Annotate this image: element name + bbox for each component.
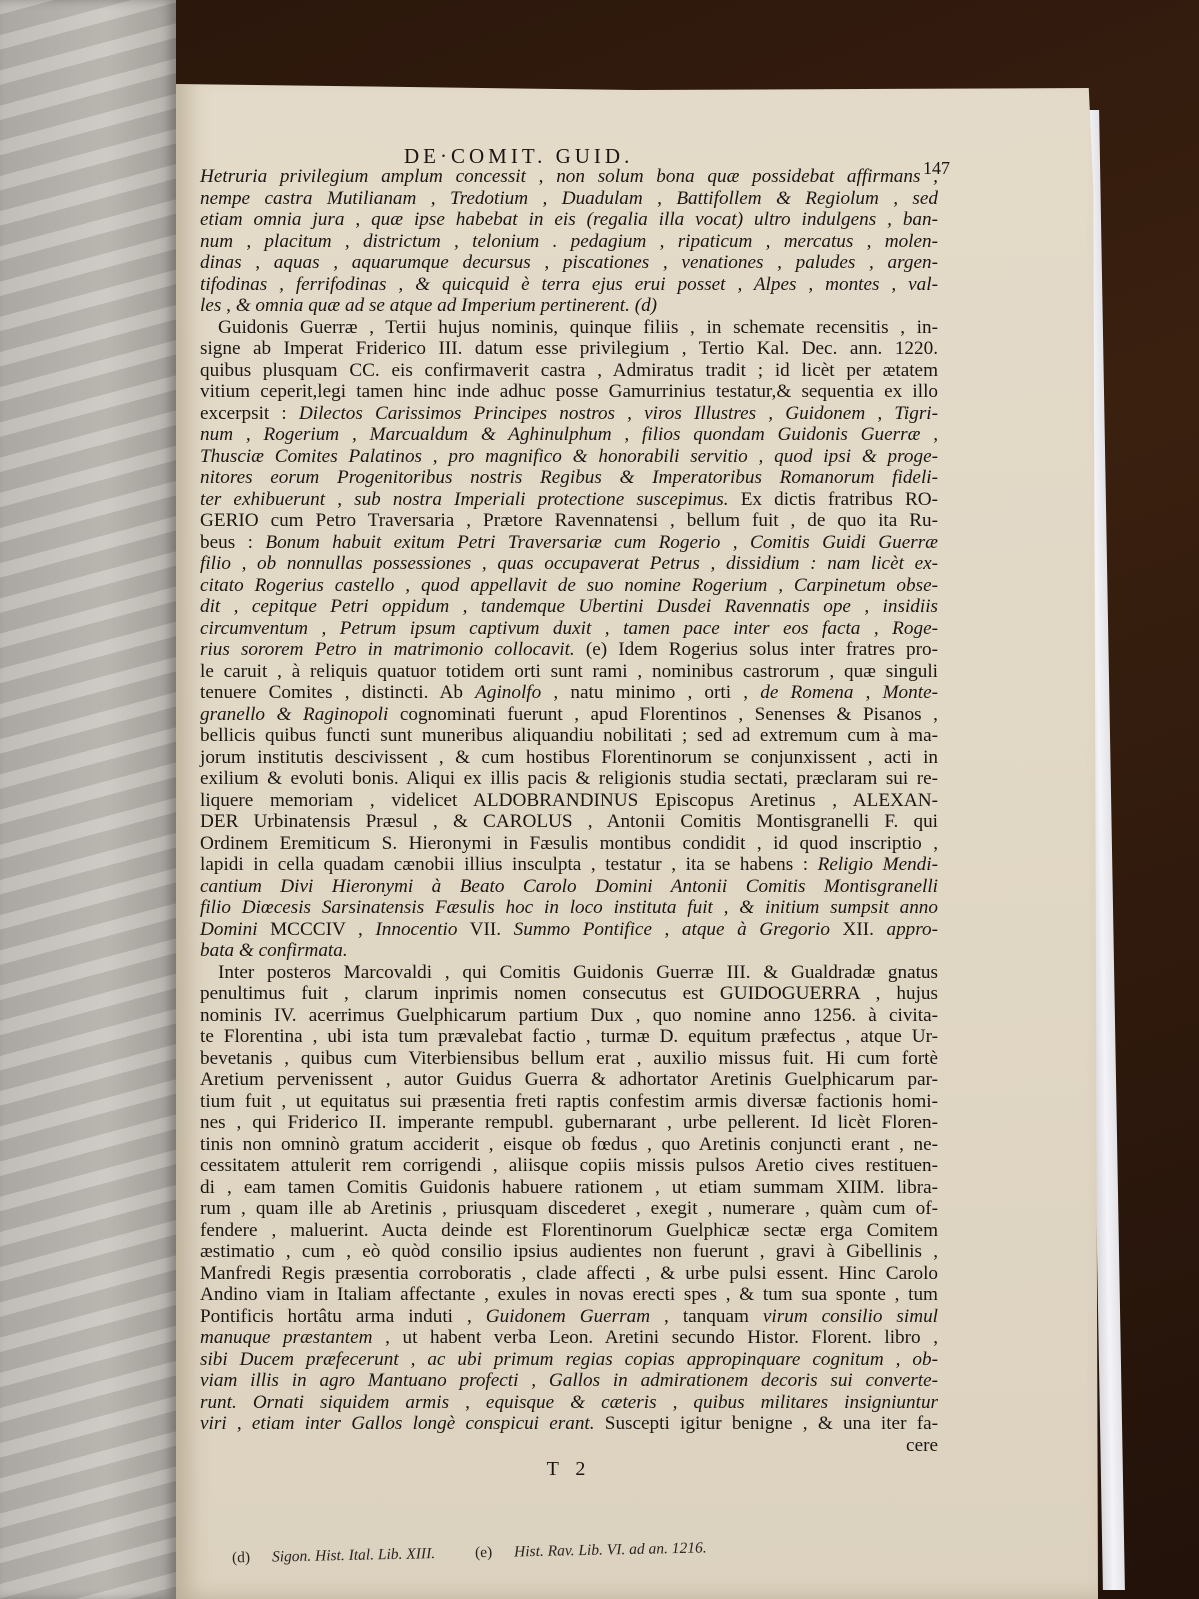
roman-run: Ex dictis fratribus RO- xyxy=(729,489,938,510)
text-line: excerpsit : Dilectos Carissimos Principe… xyxy=(200,403,938,425)
roman-run: jorum institutis descivissent , & cum ho… xyxy=(200,747,938,768)
roman-run: Aretium pervenissent , autor Guidus Guer… xyxy=(200,1069,938,1090)
text-line: tifodinas , ferrifodinas , & quicquid è … xyxy=(200,274,938,296)
roman-run: Suscepti igitur benigne , & una iter fa- xyxy=(595,1413,938,1434)
text-line: nes , qui Friderico II. imperante rempub… xyxy=(200,1112,938,1134)
italic-run: Thusciæ Comites Palatinos , pro magnific… xyxy=(200,446,938,467)
roman-run: le caruit , à reliquis quatuor totidem o… xyxy=(200,661,938,682)
italic-run: Hetruria privilegium amplum concessit xyxy=(200,166,526,187)
text-line: rius sororem Petro in matrimonio colloca… xyxy=(200,639,938,661)
roman-run: (e) Idem Rogerius solus inter fratres pr… xyxy=(575,639,938,660)
roman-run: , tanquam xyxy=(650,1306,763,1327)
footnote-text: Sigon. Hist. Ital. Lib. XIII. xyxy=(272,1545,436,1565)
italic-run: Dilectos Carissimos Principes nostros , … xyxy=(299,403,938,424)
page-number: 147 xyxy=(923,158,950,179)
text-line: tinis non omninò gratum acciderit , eisq… xyxy=(200,1134,938,1156)
italic-run: viri , etiam inter Gallos longè conspicu… xyxy=(200,1413,595,1434)
roman-run: Andino viam in Italiam affectante , exul… xyxy=(200,1284,938,1305)
roman-run: fendere , maluerint. Aucta deinde est Fl… xyxy=(200,1220,938,1241)
roman-run: , xyxy=(853,682,882,703)
body-text: Hetruria privilegium amplum concessit , … xyxy=(200,166,938,1435)
italic-run: Bonum habuit exitum Petri Traversariæ cu… xyxy=(265,532,938,553)
text-line: cessitatem attulerit rem corrigendi , al… xyxy=(200,1155,938,1177)
roman-run: GERIO cum Petro Traversaria , Prætore Ra… xyxy=(200,510,938,531)
roman-run: cessitatem attulerit rem corrigendi , al… xyxy=(200,1155,938,1176)
text-line: di , eam tamen Comitis Guidonis habuere … xyxy=(200,1177,938,1199)
italic-run: sibi Ducem præfecerunt , ac ubi primum r… xyxy=(200,1349,938,1370)
italic-run: Aginolfo xyxy=(475,682,541,703)
text-line: Inter posteros Marcovaldi , qui Comitis … xyxy=(200,962,938,984)
text-line: filio , ob nonnullas possessiones , quas… xyxy=(200,553,938,575)
running-head: DE·COMIT. GUID. 147 xyxy=(200,144,938,166)
roman-run: , ut habent verba Leon. Aretini secundo … xyxy=(373,1327,939,1348)
roman-run: vitium ceperit,legi tamen hinc inde adhu… xyxy=(200,381,938,402)
italic-run: viam illis in agro Mantuano profecti , G… xyxy=(200,1370,938,1391)
text-line: Manfredi Regis præsentia corroboratis , … xyxy=(200,1263,938,1285)
italic-run: Summo Pontifice xyxy=(514,919,652,940)
text-line: bata & confirmata. xyxy=(200,940,938,962)
text-line: quibus plusquam CC. eis confirmaverit ca… xyxy=(200,360,938,382)
text-line: granello & Raginopoli cognominati fuerun… xyxy=(200,704,938,726)
text-line: num , placitum , districtum , telonium .… xyxy=(200,231,938,253)
italic-run: nitores eorum Progenitoribus nostris Reg… xyxy=(200,467,938,488)
text-line: manuque præstantem , ut habent verba Leo… xyxy=(200,1327,938,1349)
roman-run: DER Urbinatensis Præsul , & CAROLUS , An… xyxy=(200,811,938,832)
text-line: Guidonis Guerræ , Tertii hujus nominis, … xyxy=(200,317,938,339)
roman-run: VII. xyxy=(457,919,513,940)
text-line: exilium & evoluti bonis. Aliqui ex illis… xyxy=(200,768,938,790)
text-line: le caruit , à reliquis quatuor totidem o… xyxy=(200,661,938,683)
roman-run: bevetanis , quibus cum Viterbiensibus be… xyxy=(200,1048,938,1069)
italic-run: circumventum , Petrum ipsum captivum dux… xyxy=(200,618,938,639)
roman-run: cognominati fuerunt , apud Florentinos ,… xyxy=(388,704,938,725)
text-line: te Florentina , ubi ista tum prævalebat … xyxy=(200,1026,938,1048)
italic-run: Monte- xyxy=(883,682,938,703)
text-line: runt. Ornati siquidem armis , equisque &… xyxy=(200,1392,938,1414)
text-line: filio Diœcesis Sarsinatensis Fæsulis hoc… xyxy=(200,897,938,919)
roman-run: Ordinem Eremiticum S. Hieronymi in Fæsul… xyxy=(200,833,938,854)
roman-run: penultimus fuit , clarum inprimis nomen … xyxy=(200,983,938,1004)
roman-run: di , eam tamen Comitis Guidonis habuere … xyxy=(200,1177,938,1198)
text-line: viam illis in agro Mantuano profecti , G… xyxy=(200,1370,938,1392)
italic-run: rius sororem Petro in matrimonio colloca… xyxy=(200,639,575,660)
italic-run: Guidonem Guerram xyxy=(486,1306,650,1327)
footnote-mark: (e) xyxy=(475,1544,493,1561)
text-line: dinas , aquas , aquarumque decursus , pi… xyxy=(200,252,938,274)
italic-run: manuque præstantem xyxy=(200,1327,373,1348)
roman-run: bellicis quibus functi sunt muneribus al… xyxy=(200,725,938,746)
text-line: æstimatio , cum , eò quòd consilio ipsiu… xyxy=(200,1241,938,1263)
roman-run: tium fuit , ut equitatus sui præsentia f… xyxy=(200,1091,938,1112)
text-line: penultimus fuit , clarum inprimis nomen … xyxy=(200,983,938,1005)
italic-run: runt. Ornati siquidem armis , equisque &… xyxy=(200,1392,938,1413)
italic-run: num , placitum , districtum , telonium .… xyxy=(200,231,938,252)
signature-mark: T 2 xyxy=(200,1458,938,1481)
footnote-mark: (d) xyxy=(232,1549,250,1566)
text-line: bevetanis , quibus cum Viterbiensibus be… xyxy=(200,1048,938,1070)
roman-run: liquere memoriam , videlicet ALDOBRANDIN… xyxy=(200,790,938,811)
italic-run: Innocentio xyxy=(375,919,457,940)
roman-run: quibus plusquam CC. eis confirmaverit ca… xyxy=(200,360,938,381)
italic-run: les , & omnia quæ ad se atque ad Imperiu… xyxy=(200,295,657,316)
text-line: Andino viam in Italiam affectante , exul… xyxy=(200,1284,938,1306)
italic-run: atque à Gregorio xyxy=(682,919,830,940)
italic-run: citato Rogerius castello , quod appellav… xyxy=(200,575,938,596)
text-line: citato Rogerius castello , quod appellav… xyxy=(200,575,938,597)
text-line: fendere , maluerint. Aucta deinde est Fl… xyxy=(200,1220,938,1242)
italic-run: appro- xyxy=(886,919,938,940)
roman-run: XII. xyxy=(830,919,887,940)
footnote-d: (d) Sigon. Hist. Ital. Lib. XIII. xyxy=(232,1545,457,1567)
text-line: sibi Ducem præfecerunt , ac ubi primum r… xyxy=(200,1349,938,1371)
roman-run: , natu minimo , orti , xyxy=(541,682,760,703)
footnote-text: Hist. Rav. Lib. VI. ad an. 1216. xyxy=(514,1539,707,1560)
text-line: Hetruria privilegium amplum concessit , … xyxy=(200,166,938,188)
text-line: bellicis quibus functi sunt muneribus al… xyxy=(200,725,938,747)
roman-run: beus : xyxy=(200,532,265,553)
text-line: nitores eorum Progenitoribus nostris Reg… xyxy=(200,467,938,489)
roman-run: rum , quam ille ab Aretinis , priusquam … xyxy=(200,1198,938,1219)
text-line: tium fuit , ut equitatus sui præsentia f… xyxy=(200,1091,938,1113)
text-line: signe ab Imperat Friderico III. datum es… xyxy=(200,338,938,360)
text-line: les , & omnia quæ ad se atque ad Imperiu… xyxy=(200,295,938,317)
text-line: Domini MCCCIV , Innocentio VII. Summo Po… xyxy=(200,919,938,941)
text-line: DER Urbinatensis Præsul , & CAROLUS , An… xyxy=(200,811,938,833)
roman-run: lapidi in cella quadam cænobii illius in… xyxy=(200,854,818,875)
text-line: liquere memoriam , videlicet ALDOBRANDIN… xyxy=(200,790,938,812)
text-line: viri , etiam inter Gallos longè conspicu… xyxy=(200,1413,938,1435)
text-line: rum , quam ille ab Aretinis , priusquam … xyxy=(200,1198,938,1220)
text-line: lapidi in cella quadam cænobii illius in… xyxy=(200,854,938,876)
italic-run: num , Rogerium , Marcualdum & Aghinulphu… xyxy=(200,424,938,445)
text-line: circumventum , Petrum ipsum captivum dux… xyxy=(200,618,938,640)
italic-run: non solum bona quæ possidebat affirmans … xyxy=(556,166,938,187)
italic-run: filio , ob nonnullas possessiones , quas… xyxy=(200,553,938,574)
text-line: Ordinem Eremiticum S. Hieronymi in Fæsul… xyxy=(200,833,938,855)
roman-run: exilium & evoluti bonis. Aliqui ex illis… xyxy=(200,768,938,789)
roman-run: Guidonis Guerræ , Tertii hujus nominis, … xyxy=(218,317,938,338)
roman-run: tinis non omninò gratum acciderit , eisq… xyxy=(200,1134,938,1155)
text-line: tenuere Comites , distincti. Ab Aginolfo… xyxy=(200,682,938,704)
italic-run: granello & Raginopoli xyxy=(200,704,388,725)
roman-run: signe ab Imperat Friderico III. datum es… xyxy=(200,338,938,359)
text-line: Thusciæ Comites Palatinos , pro magnific… xyxy=(200,446,938,468)
text-line: cantium Divi Hieronymi à Beato Carolo Do… xyxy=(200,876,938,898)
facing-page-blank xyxy=(0,0,176,1599)
italic-run: ter exhibuerunt , sub nostra Imperiali p… xyxy=(200,489,729,510)
text-line: beus : Bonum habuit exitum Petri Travers… xyxy=(200,532,938,554)
italic-run: Religio Mendi- xyxy=(818,854,938,875)
italic-run: Domini xyxy=(200,919,258,940)
italic-run: tifodinas , ferrifodinas , & quicquid è … xyxy=(200,274,938,295)
roman-run: Inter posteros Marcovaldi , qui Comitis … xyxy=(218,962,938,983)
italic-run: filio Diœcesis Sarsinatensis Fæsulis hoc… xyxy=(200,897,938,918)
catchword: cere xyxy=(200,1435,938,1457)
italic-run: cantium Divi Hieronymi à Beato Carolo Do… xyxy=(200,876,938,897)
roman-run: MCCCIV , xyxy=(258,919,376,940)
roman-run: nes , qui Friderico II. imperante rempub… xyxy=(200,1112,938,1133)
text-line: nominis IV. acerrimus Guelphicarum parti… xyxy=(200,1005,938,1027)
roman-run: tenuere Comites , distincti. Ab xyxy=(200,682,475,703)
roman-run: te Florentina , ubi ista tum prævalebat … xyxy=(200,1026,938,1047)
roman-run: , xyxy=(652,919,682,940)
text-line: nempe castra Mutilianam , Tredotium , Du… xyxy=(200,188,938,210)
italic-run: nempe castra Mutilianam , Tredotium , Du… xyxy=(200,188,938,209)
roman-run: Pontificis hortâtu arma induti , xyxy=(200,1306,486,1327)
roman-run: , xyxy=(526,166,556,187)
text-line: dit , cepitque Petri oppidum , tandemque… xyxy=(200,596,938,618)
text-line: Aretium pervenissent , autor Guidus Guer… xyxy=(200,1069,938,1091)
italic-run: dit , cepitque Petri oppidum , tandemque… xyxy=(200,596,938,617)
running-head-title: DE·COMIT. GUID. xyxy=(404,144,633,169)
roman-run: nominis IV. acerrimus Guelphicarum parti… xyxy=(200,1005,938,1026)
italic-run: dinas , aquas , aquarumque decursus , pi… xyxy=(200,252,938,273)
text-line: Pontificis hortâtu arma induti , Guidone… xyxy=(200,1306,938,1328)
roman-run: æstimatio , cum , eò quòd consilio ipsiu… xyxy=(200,1241,938,1262)
italic-run: virum consilio simul xyxy=(763,1306,938,1327)
roman-run: Manfredi Regis præsentia corroboratis , … xyxy=(200,1263,938,1284)
text-line: ter exhibuerunt , sub nostra Imperiali p… xyxy=(200,489,938,511)
text-line: vitium ceperit,legi tamen hinc inde adhu… xyxy=(200,381,938,403)
italic-run: etiam omnia jura , quæ ipse habebat in e… xyxy=(200,209,938,230)
text-line: etiam omnia jura , quæ ipse habebat in e… xyxy=(200,209,938,231)
italic-run: bata & confirmata. xyxy=(200,940,348,961)
text-line: num , Rogerium , Marcualdum & Aghinulphu… xyxy=(200,424,938,446)
text-line: GERIO cum Petro Traversaria , Prætore Ra… xyxy=(200,510,938,532)
italic-run: de Romena xyxy=(760,682,853,703)
page-content: DE·COMIT. GUID. 147 Hetruria privilegium… xyxy=(200,144,938,1481)
roman-run: excerpsit : xyxy=(200,403,299,424)
text-line: jorum institutis descivissent , & cum ho… xyxy=(200,747,938,769)
